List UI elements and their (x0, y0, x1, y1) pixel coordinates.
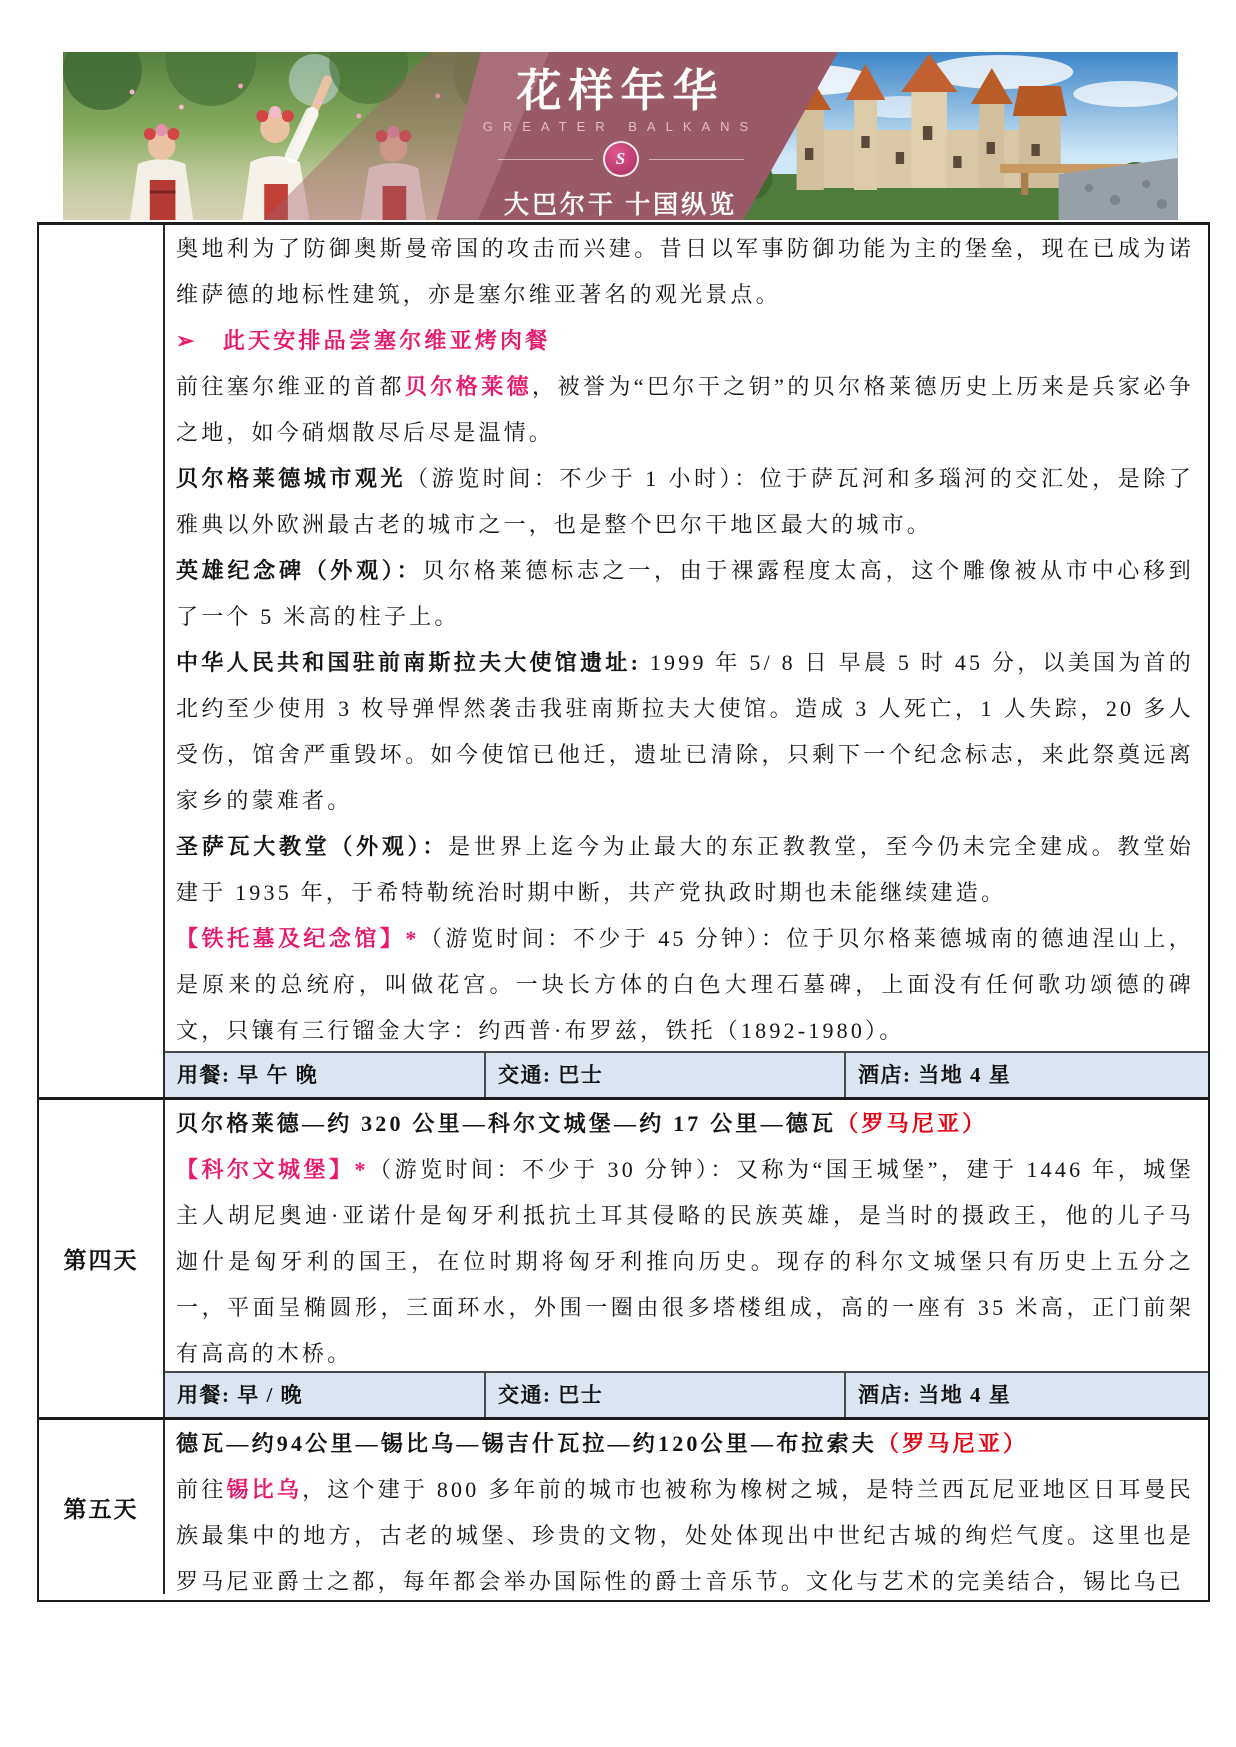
text-segment: ➢ 此天安排品尝塞尔维亚烤肉餐 (176, 328, 550, 353)
paragraph: 【铁托墓及纪念馆】*（游览时间：不少于 45 分钟）：位于贝尔格莱德城南的德迪涅… (176, 916, 1194, 1051)
day-label: 第四天 (39, 1100, 165, 1417)
banner-subtitle: GREATER BALKANS (483, 119, 758, 134)
text-segment: 贝尔格莱德—约 320 公里—科尔文城堡—约 17 公里—德瓦 (176, 1111, 836, 1136)
day-description: 奥地利为了防御奥斯曼帝国的攻击而兴建。昔日以军事防御功能为主的堡垒，现在已成为诺… (165, 225, 1208, 1051)
text-segment: 前往 (176, 1477, 226, 1502)
text-segment: 中华人民共和国驻前南斯拉夫大使馆遗址: (176, 650, 641, 675)
paragraph: 德瓦—约94公里—锡比乌—锡吉什瓦拉—约120公里—布拉索夫（罗马尼亚） (176, 1421, 1194, 1467)
meal-cell-transport: 交通: 巴士 (486, 1053, 846, 1097)
meal-cell-dining: 用餐: 早 午 晚 (165, 1053, 486, 1097)
paragraph: 圣萨瓦大教堂（外观）：是世界上迄今为止最大的东正教教堂，至今仍未完全建成。教堂始… (176, 824, 1194, 916)
paragraph: 贝尔格莱德城市观光（游览时间：不少于 1 小时）：位于萨瓦河和多瑙河的交汇处，是… (176, 456, 1194, 548)
text-segment: 德瓦—约94公里—锡比乌—锡吉什瓦拉—约120公里—布拉索夫 (176, 1431, 877, 1456)
text-segment: 前往塞尔维亚的首都 (176, 374, 405, 399)
paragraph: 【科尔文城堡】*（游览时间：不少于 30 分钟）：又称为“国王城堡”，建于 14… (176, 1147, 1194, 1371)
meal-cell-hotel: 酒店: 当地 4 星 (846, 1373, 1208, 1417)
day-row-5: 第五天 德瓦—约94公里—锡比乌—锡吉什瓦拉—约120公里—布拉索夫（罗马尼亚）… (39, 1417, 1208, 1594)
day-row-3-continued: 奥地利为了防御奥斯曼帝国的攻击而兴建。昔日以军事防御功能为主的堡垒，现在已成为诺… (39, 225, 1208, 1097)
page-background: { "banner": { "title": "花样年华", "subtitle… (0, 0, 1236, 1747)
day-label (39, 225, 165, 1097)
banner-text-block: 花样年华 GREATER BALKANS S 大巴尔干 十国纵览 (411, 52, 831, 220)
paragraph: 前往锡比乌，这个建于 800 多年前的城市也被称为橡树之城，是特兰西瓦尼亚地区日… (176, 1467, 1194, 1594)
paragraph: 前往塞尔维亚的首都贝尔格莱德，被誉为“巴尔干之钥”的贝尔格莱德历史上历来是兵家必… (176, 364, 1194, 456)
text-segment: 贝尔格莱德城市观光 (176, 466, 406, 491)
text-segment: 奥地利为了防御奥斯曼帝国的攻击而兴建。昔日以军事防御功能为主的堡垒，现在已成为诺… (176, 236, 1194, 307)
meal-bar: 用餐: 早 / 晚 交通: 巴士 酒店: 当地 4 星 (165, 1371, 1208, 1417)
text-segment: 贝尔格莱德 (405, 374, 532, 399)
text-segment: ，这个建于 800 多年前的城市也被称为橡树之城，是特兰西瓦尼亚地区日耳曼民族最… (176, 1477, 1194, 1594)
balkan-logo-icon: S (603, 141, 639, 177)
text-segment: （罗马尼亚） (877, 1431, 1028, 1456)
text-segment: 英雄纪念碑（外观）： (176, 558, 422, 583)
text-segment: 【科尔文城堡】* (176, 1157, 369, 1182)
divider-line-left (498, 159, 593, 160)
meal-cell-transport: 交通: 巴士 (486, 1373, 846, 1417)
banner: 花样年华 GREATER BALKANS S 大巴尔干 十国纵览 (63, 52, 1178, 220)
text-segment: （罗马尼亚） (836, 1111, 987, 1136)
paragraph: 贝尔格莱德—约 320 公里—科尔文城堡—约 17 公里—德瓦（罗马尼亚） (176, 1101, 1194, 1147)
day-description: 德瓦—约94公里—锡比乌—锡吉什瓦拉—约120公里—布拉索夫（罗马尼亚）前往锡比… (165, 1420, 1208, 1594)
banner-title: 花样年华 (516, 67, 724, 115)
meal-cell-hotel: 酒店: 当地 4 星 (846, 1053, 1208, 1097)
paragraph: 英雄纪念碑（外观）：贝尔格莱德标志之一，由于裸露程度太高，这个雕像被从市中心移到… (176, 548, 1194, 640)
day-content: 德瓦—约94公里—锡比乌—锡吉什瓦拉—约120公里—布拉索夫（罗马尼亚）前往锡比… (165, 1420, 1208, 1594)
text-segment: 【铁托墓及纪念馆】* (176, 926, 420, 951)
text-segment: （游览时间：不少于 30 分钟）：又称为“国王城堡”，建于 1446 年，城堡主… (176, 1157, 1194, 1366)
day-description: 贝尔格莱德—约 320 公里—科尔文城堡—约 17 公里—德瓦（罗马尼亚）【科尔… (165, 1100, 1208, 1371)
paragraph: 中华人民共和国驻前南斯拉夫大使馆遗址: 1999 年 5/ 8 日 早晨 5 时… (176, 640, 1194, 824)
itinerary-table: 奥地利为了防御奥斯曼帝国的攻击而兴建。昔日以军事防御功能为主的堡垒，现在已成为诺… (37, 222, 1210, 1602)
day-label: 第五天 (39, 1420, 165, 1594)
banner-logo-row: S (411, 141, 831, 177)
meal-bar: 用餐: 早 午 晚 交通: 巴士 酒店: 当地 4 星 (165, 1051, 1208, 1097)
paragraph: ➢ 此天安排品尝塞尔维亚烤肉餐 (176, 318, 1194, 364)
banner-tagline: 大巴尔干 十国纵览 (504, 185, 737, 220)
day-content: 奥地利为了防御奥斯曼帝国的攻击而兴建。昔日以军事防御功能为主的堡垒，现在已成为诺… (165, 225, 1208, 1097)
divider-line-right (649, 159, 744, 160)
text-segment: 圣萨瓦大教堂（外观）： (176, 834, 448, 859)
day-row-4: 第四天 贝尔格莱德—约 320 公里—科尔文城堡—约 17 公里—德瓦（罗马尼亚… (39, 1097, 1208, 1417)
paragraph: 奥地利为了防御奥斯曼帝国的攻击而兴建。昔日以军事防御功能为主的堡垒，现在已成为诺… (176, 226, 1194, 318)
day-content: 贝尔格莱德—约 320 公里—科尔文城堡—约 17 公里—德瓦（罗马尼亚）【科尔… (165, 1100, 1208, 1417)
text-segment: 锡比乌 (226, 1477, 302, 1502)
meal-cell-dining: 用餐: 早 / 晚 (165, 1373, 486, 1417)
